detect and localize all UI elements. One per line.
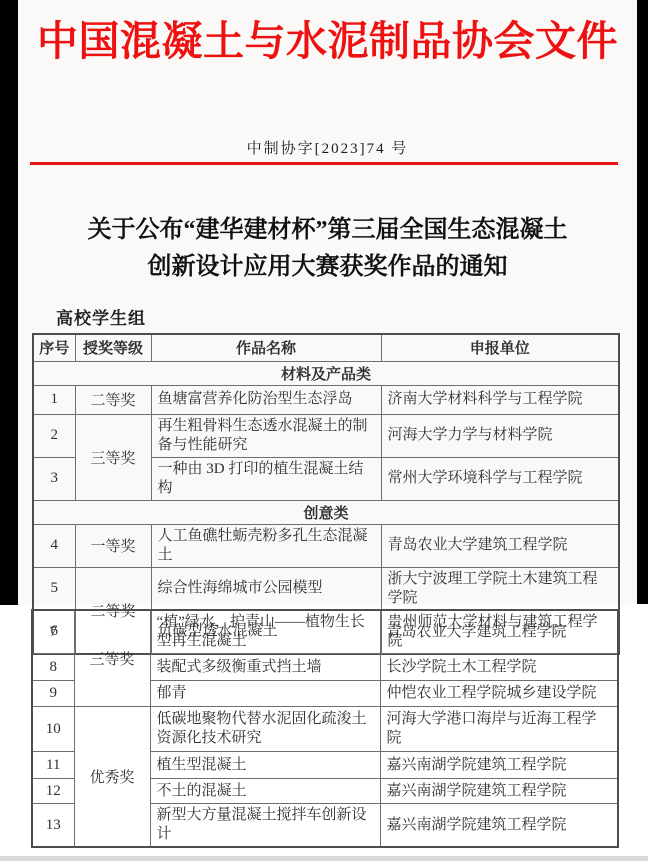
cell-no: 1 — [33, 385, 75, 414]
table-row: 2 三等奖 再生粗骨料生态透水混凝土的制备与性能研究 河海大学力学与材料学院 — [33, 414, 619, 457]
col-header-no: 序号 — [33, 334, 75, 361]
cell-no: 8 — [32, 654, 74, 681]
cell-award: 优秀奖 — [74, 707, 150, 848]
section-row-materials: 材料及产品类 — [33, 361, 619, 385]
notice-title: 关于公布“建华建材杯”第三届全国生态混凝土 创新设计应用大赛获奖作品的通知 — [18, 212, 637, 286]
cell-org: 浙大宁波理工学院土木建筑工程学院 — [381, 567, 619, 610]
cell-work: 人工鱼礁牡蛎壳粉多孔生态混凝土 — [151, 524, 381, 567]
cell-no: 11 — [32, 752, 74, 779]
scan-edge-left — [0, 0, 18, 605]
table-row: 10 优秀奖 低碳地聚物代替水泥固化疏浚土资源化技术研究 河海大学港口海岸与近海… — [32, 707, 618, 752]
cell-work: 综合性海绵城市公园模型 — [151, 567, 381, 610]
cell-work: 郁青 — [150, 681, 380, 707]
cell-org: 常州大学环境科学与工程学院 — [381, 457, 619, 500]
cell-work: 新型大方量混凝土搅拌车创新设计 — [150, 804, 380, 848]
cell-no: 5 — [33, 567, 75, 610]
table-row: 7 三等奖 “植”绿水，护青山——植物生长型再生混凝土 青岛农业大学建筑工程学院 — [32, 610, 618, 654]
cell-org: 济南大学材料科学与工程学院 — [381, 385, 619, 414]
scan-edge-bottom — [0, 856, 648, 861]
cell-no: 10 — [32, 707, 74, 752]
cell-org: 青岛农业大学建筑工程学院 — [380, 610, 618, 654]
scan-edge-right — [637, 0, 648, 604]
table-row: 4 一等奖 人工鱼礁牡蛎壳粉多孔生态混凝土 青岛农业大学建筑工程学院 — [33, 524, 619, 567]
cell-no: 12 — [32, 779, 74, 804]
cell-no: 7 — [32, 610, 74, 654]
col-header-award: 授奖等级 — [75, 334, 151, 361]
cell-work: 低碳地聚物代替水泥固化疏浚土资源化技术研究 — [150, 707, 380, 752]
cell-no: 9 — [32, 681, 74, 707]
table-header-row: 序号 授奖等级 作品名称 申报单位 — [33, 334, 619, 361]
section-label-creative: 创意类 — [33, 500, 619, 524]
cell-work: 不土的混凝土 — [150, 779, 380, 804]
cell-work: 鱼塘富营养化防治型生态浮岛 — [151, 385, 381, 414]
cell-no: 4 — [33, 524, 75, 567]
cell-award: 三等奖 — [75, 414, 151, 500]
col-header-org: 申报单位 — [381, 334, 619, 361]
cell-no: 3 — [33, 457, 75, 500]
document-number: 中制协字[2023]74 号 — [18, 137, 637, 158]
cell-work: 装配式多级衡重式挡土墙 — [150, 654, 380, 681]
cell-org: 仲恺农业工程学院城乡建设学院 — [380, 681, 618, 707]
cell-org: 河海大学力学与材料学院 — [381, 414, 619, 457]
cell-org: 河海大学港口海岸与近海工程学院 — [380, 707, 618, 752]
table-row: 1 二等奖 鱼塘富营养化防治型生态浮岛 济南大学材料科学与工程学院 — [33, 385, 619, 414]
cell-org: 长沙学院土木工程学院 — [380, 654, 618, 681]
cell-award: 二等奖 — [75, 385, 151, 414]
cell-org: 青岛农业大学建筑工程学院 — [381, 524, 619, 567]
cell-work: “植”绿水，护青山——植物生长型再生混凝土 — [150, 610, 380, 654]
group-heading: 高校学生组 — [56, 304, 146, 329]
cell-work: 植生型混凝土 — [150, 752, 380, 779]
cell-work: 一种由 3D 打印的植生混凝土结构 — [151, 457, 381, 500]
cell-no: 13 — [32, 804, 74, 848]
notice-title-line1: 关于公布“建华建材杯”第三届全国生态混凝土 — [18, 212, 637, 249]
cell-work: 再生粗骨料生态透水混凝土的制备与性能研究 — [151, 414, 381, 457]
cell-award: 一等奖 — [75, 524, 151, 567]
awards-table-part2: 7 三等奖 “植”绿水，护青山——植物生长型再生混凝土 青岛农业大学建筑工程学院… — [31, 609, 619, 848]
red-divider-rule — [30, 162, 618, 165]
cell-org: 嘉兴南湖学院建筑工程学院 — [380, 779, 618, 804]
document-page: 中国混凝土与水泥制品协会文件 中制协字[2023]74 号 关于公布“建华建材杯… — [0, 0, 648, 861]
cell-award: 三等奖 — [74, 610, 150, 707]
awards-table-part1: 序号 授奖等级 作品名称 申报单位 材料及产品类 1 二等奖 鱼塘富营养化防治型… — [32, 333, 620, 655]
section-row-creative: 创意类 — [33, 500, 619, 524]
cell-no: 2 — [33, 414, 75, 457]
cell-org: 嘉兴南湖学院建筑工程学院 — [380, 752, 618, 779]
table-row: 5 二等奖 综合性海绵城市公园模型 浙大宁波理工学院土木建筑工程学院 — [33, 567, 619, 610]
col-header-work: 作品名称 — [151, 334, 381, 361]
cell-org: 嘉兴南湖学院建筑工程学院 — [380, 804, 618, 848]
association-letterhead-title: 中国混凝土与水泥制品协会文件 — [18, 8, 637, 67]
section-label-materials: 材料及产品类 — [33, 361, 619, 385]
notice-title-line2: 创新设计应用大赛获奖作品的通知 — [18, 249, 637, 286]
